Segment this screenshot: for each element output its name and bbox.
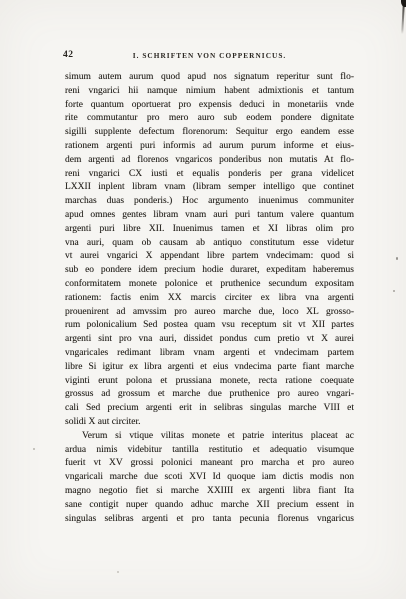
text-line: prouenirent ad amvssim pro aureo marche … <box>65 306 354 320</box>
text-line: singulas selibras argenti et pro tanta p… <box>65 513 354 527</box>
text-line: libre Si igitur ex libra argenti et eius… <box>65 361 354 375</box>
text-line: sigilli supplente defectum florenorum: S… <box>65 126 354 140</box>
running-head: 42 I. SCHRIFTEN VON COPPERNICUS. <box>65 50 354 62</box>
scan-speck <box>396 257 398 260</box>
text-line: sub eo pondere idem precium hodie durare… <box>65 264 354 278</box>
text-line: reni vngarici hii namque nimium habent a… <box>65 85 354 99</box>
scan-edge-artifact <box>402 3 405 34</box>
text-line: simum autem aurum quod apud nos signatum… <box>65 71 354 85</box>
text-line: vngaricales redimant libram vnam argenti… <box>65 347 354 361</box>
text-line: vna auri, quam ob causam ab antiquo cons… <box>65 237 354 251</box>
text-line: rum polonicalium Sed postea quam vsu rec… <box>65 319 354 333</box>
text-line: marchas duas ponderis.) Hoc argumento in… <box>65 195 354 209</box>
text-line: vngaricali marche due scoti XVI Id quoqu… <box>65 471 354 485</box>
text-line: reni vngarici CX iusti et equalis ponder… <box>65 168 354 182</box>
text-line: conformitatem monete polonice et pruthen… <box>65 278 354 292</box>
text-line: solidi X aut circiter. <box>65 416 354 430</box>
text-line: Verum si vtique vilitas monete et patrie… <box>65 430 354 444</box>
scan-speck <box>117 571 119 573</box>
text-line: dem argenti ad florenos vngaricos ponder… <box>65 154 354 168</box>
text-line: ardua nimis videbitur tantilla restituti… <box>65 444 354 458</box>
text-line: LXXII inplent libram vnam (libram semper… <box>65 181 354 195</box>
text-line: vt aurei vngarici X appendant libre part… <box>65 250 354 264</box>
text-line: argenti puri libre XII. Inuenimus tamen … <box>65 223 354 237</box>
text-line: viginti erunt polona et prussiana monete… <box>65 375 354 389</box>
scan-speck <box>33 448 35 450</box>
text-line: magno negotio fiet si marche XXIIII ex a… <box>65 485 354 499</box>
text-line: forte quantum oportuerat pro expensis de… <box>65 99 354 113</box>
text-line: fuerit vt XV grossi polonici maneant pro… <box>65 457 354 471</box>
text-line: grossus ad grossum et marche due pruthen… <box>65 388 354 402</box>
running-title: I. SCHRIFTEN VON COPPERNICUS. <box>65 51 354 60</box>
text-line: argenti sint pro vna auri, dissidet pond… <box>65 333 354 347</box>
text-line: rationem argenti puri informis ad aurum … <box>65 140 354 154</box>
text-line: rite commutantur pro mero auro sub eodem… <box>65 112 354 126</box>
text-line: apud omnes gentes libram vnam auri puri … <box>65 209 354 223</box>
book-page: 42 I. SCHRIFTEN VON COPPERNICUS. simum a… <box>0 0 406 599</box>
scan-speck <box>393 290 395 292</box>
page-body: simum autem aurum quod apud nos signatum… <box>65 71 354 526</box>
text-line: rationem: factis enim XX marcis circiter… <box>65 292 354 306</box>
text-line: sane contigit nuper quando adhuc marche … <box>65 499 354 513</box>
text-line: cali Sed precium argenti erit in selibra… <box>65 402 354 416</box>
